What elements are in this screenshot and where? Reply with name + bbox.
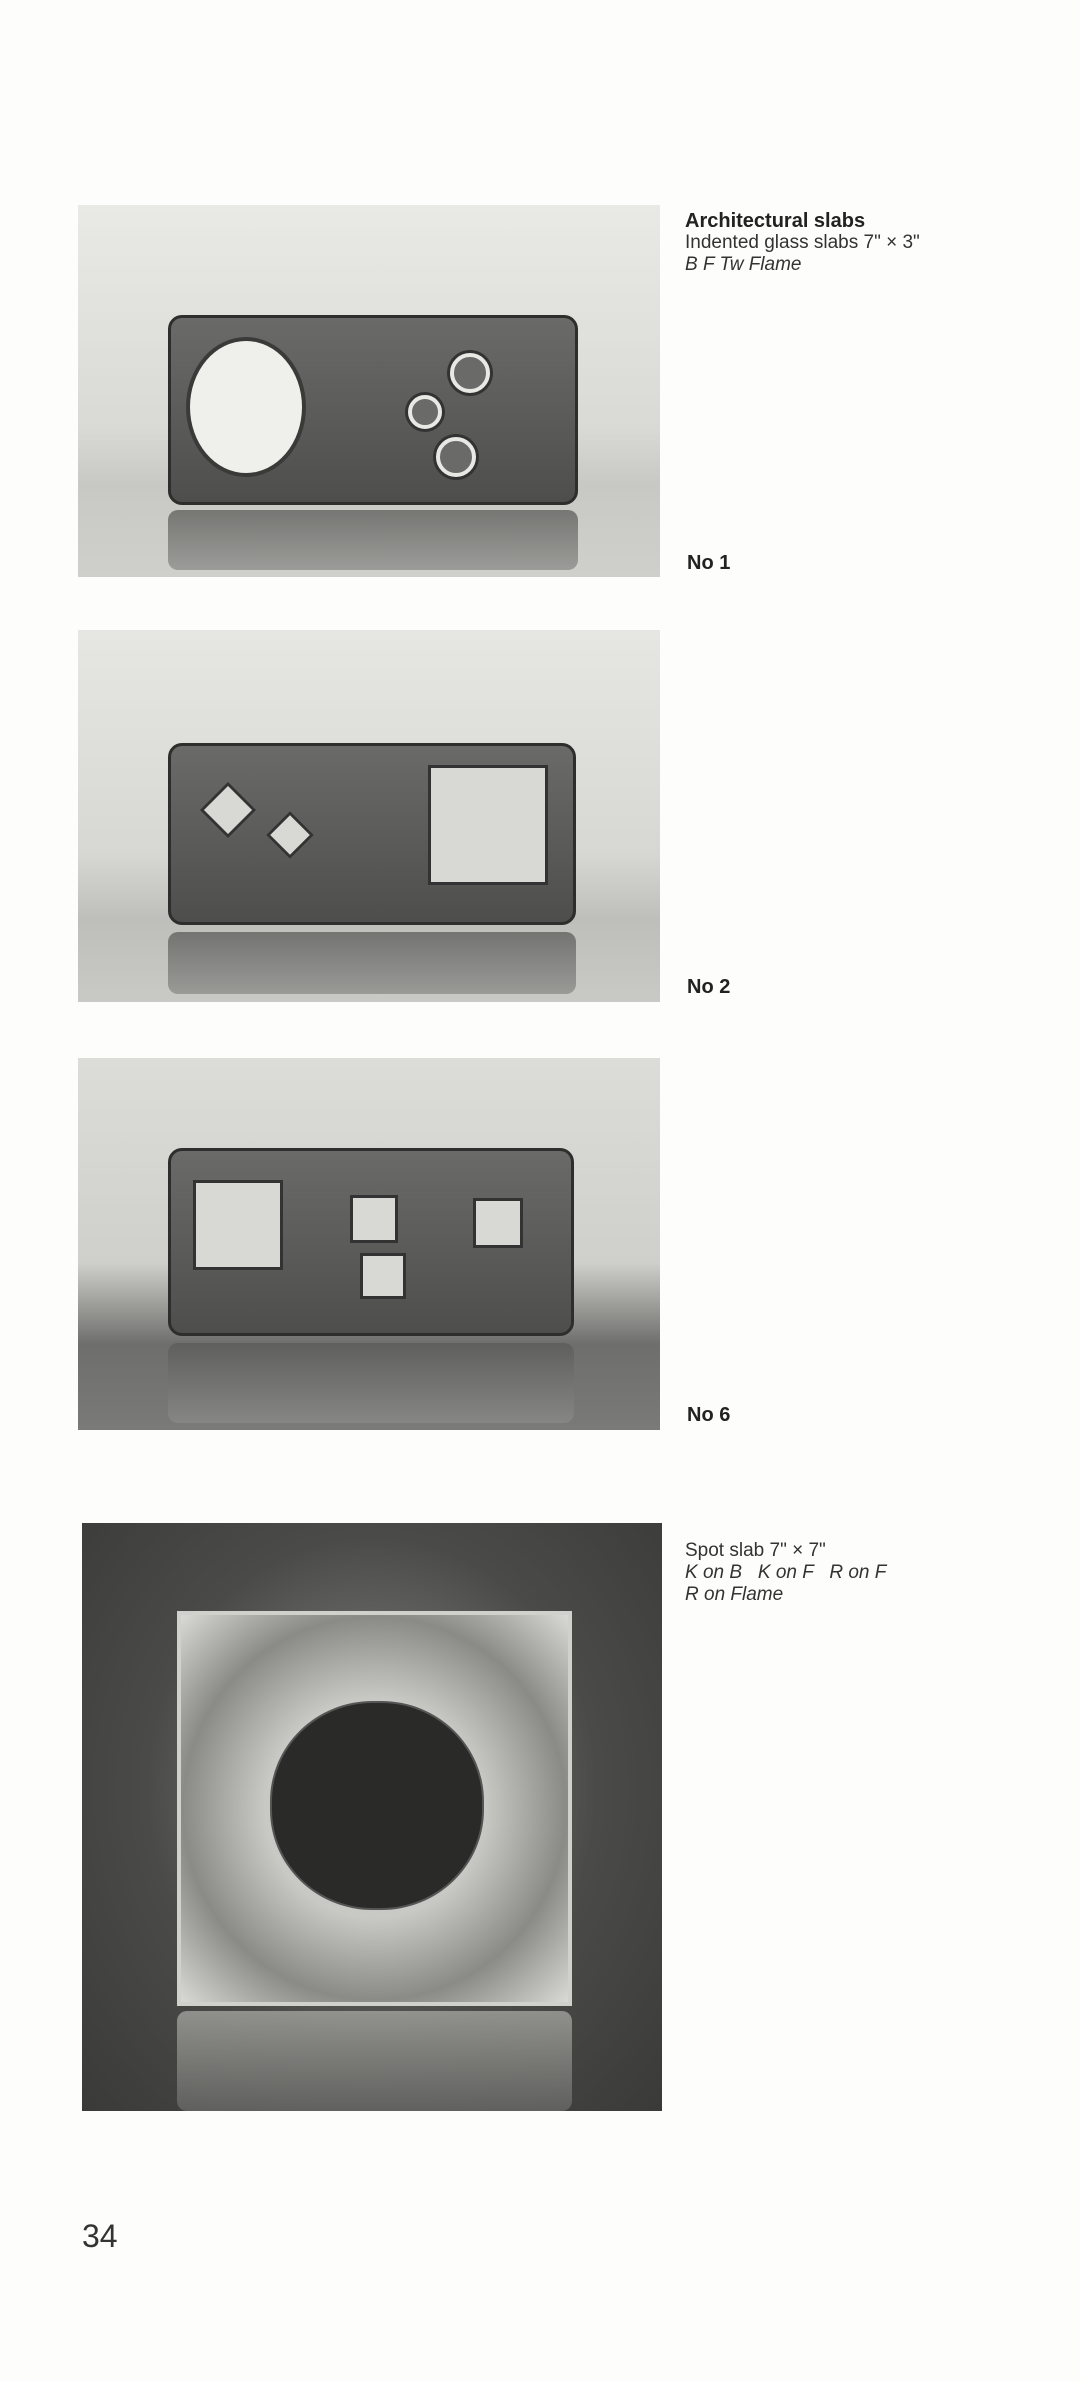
dot-indent <box>450 353 490 393</box>
item-label: No 2 <box>687 976 730 999</box>
spot-slab-caption: Spot slab 7" × 7" K on B K on F R on F R… <box>685 1540 886 1606</box>
spot-circle <box>270 1701 484 1910</box>
spot-slab-colours-2: R on Flame <box>685 1584 783 1605</box>
page-number: 34 <box>82 2218 118 2255</box>
slab-reflection <box>168 510 578 570</box>
slab-reflection <box>177 2011 572 2111</box>
square-indent <box>473 1198 523 1248</box>
square-indent <box>193 1180 283 1270</box>
square-indent <box>360 1253 406 1299</box>
photo-slab-no-1 <box>78 205 660 577</box>
slab-reflection <box>168 932 576 994</box>
square-indent <box>350 1195 398 1243</box>
dot-indent <box>436 437 476 477</box>
dot-indent <box>408 395 442 429</box>
section-colours: B F Tw Flame <box>685 254 801 275</box>
spot-slab-colours-1: K on B K on F R on F <box>685 1562 886 1583</box>
item-label: No 6 <box>687 1404 730 1427</box>
photo-slab-no-6 <box>78 1058 660 1430</box>
photo-slab-no-2 <box>78 630 660 1002</box>
square-indent <box>428 765 548 885</box>
section-description: Indented glass slabs 7" × 3" <box>685 232 920 254</box>
spot-slab-description: Spot slab 7" × 7" <box>685 1540 886 1562</box>
section-title: Architectural slabs <box>685 210 920 232</box>
photo-spot-slab <box>82 1523 662 2111</box>
circle-indent <box>186 337 306 477</box>
section-caption: Architectural slabs Indented glass slabs… <box>685 210 920 276</box>
item-label: No 1 <box>687 552 730 575</box>
slab-reflection <box>168 1343 574 1423</box>
